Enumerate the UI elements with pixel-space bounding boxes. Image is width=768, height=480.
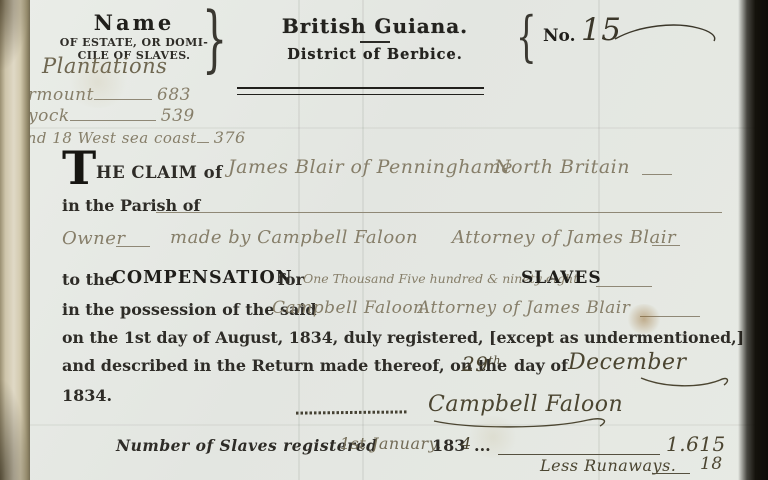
ink-flourish <box>614 22 722 46</box>
ink-rule <box>498 440 660 455</box>
comp-for: for <box>278 270 304 289</box>
estate-label-line2: OF ESTATE, OR DOMI- <box>58 36 210 49</box>
claimant-name: James Blair of Penninghame <box>228 156 513 178</box>
estate-label-title: Name <box>58 10 210 35</box>
ink-rule <box>70 120 156 121</box>
year-line: 1834. <box>62 386 112 405</box>
footer-label: Number of Slaves registered <box>116 436 378 455</box>
ink-dash <box>652 459 690 474</box>
footer-total: 1.615 <box>666 432 726 456</box>
plantation-name: 1 and 18 West sea coast <box>2 129 197 147</box>
document-scan: Name OF ESTATE, OR DOMI- CILE OF SLAVES.… <box>0 0 768 480</box>
ink-dash <box>596 272 652 287</box>
ink-dash <box>640 302 700 317</box>
colony-district: District of Berbice. <box>262 46 488 63</box>
footer-dots: ... <box>474 436 491 455</box>
claim-no-label: No. <box>543 26 576 46</box>
parish-blank-rule <box>156 198 722 213</box>
return-day-number: 29 <box>462 352 488 376</box>
runaways-value: 18 <box>700 454 723 474</box>
comp-word: COMPENSATION <box>112 268 293 288</box>
plantation-count: 539 <box>161 106 195 126</box>
squiggle-divider <box>296 410 408 414</box>
colony-title: British Guiana. <box>262 14 488 38</box>
plantations-heading: Plantations <box>42 54 167 78</box>
footer-date-digit: 4 <box>461 434 472 453</box>
colony-divider <box>360 41 390 43</box>
claimant-origin: North Britain <box>494 156 630 178</box>
header-double-rule <box>237 87 484 95</box>
return-day-suffix: th <box>488 354 501 367</box>
paper-crease <box>0 424 768 426</box>
claim-no-brace: { <box>516 10 537 64</box>
ink-rule <box>197 142 209 143</box>
day-of-label: day of <box>514 356 568 375</box>
ink-dash <box>116 232 150 247</box>
ink-flourish <box>640 372 732 390</box>
made-by: made by Campbell Faloon <box>170 227 418 248</box>
plantation-row: 1 and 18 West sea coast 376 <box>2 128 246 147</box>
plantation-count: 683 <box>157 85 191 105</box>
claim-heading: HE CLAIM of <box>96 163 223 182</box>
ink-rule <box>94 99 152 100</box>
ink-dash <box>652 231 680 246</box>
registered-line: on the 1st day of August, 1834, duly reg… <box>62 328 744 347</box>
return-day: 29th <box>462 352 501 376</box>
book-page-edge <box>0 0 30 480</box>
estate-label-brace: } <box>202 2 227 74</box>
slaves-word: SLAVES <box>521 268 602 288</box>
comp-pre: to the <box>62 270 115 289</box>
attorney-of-claimant: Attorney of James Blair <box>418 298 630 318</box>
attorney-of-claimant: Attorney of James Blair <box>452 227 676 248</box>
scan-border <box>738 0 768 480</box>
return-line: and described in the Return made thereof… <box>62 356 507 375</box>
plantation-count: 376 <box>214 128 246 147</box>
footer-date-written: 1st January, <box>340 434 442 453</box>
plantation-row: Ithyock 539 <box>2 106 195 126</box>
ink-dash <box>642 160 672 175</box>
signature: Campbell Faloon <box>428 392 623 417</box>
possessor-name: Campbell Faloon <box>272 298 425 318</box>
signature-underline-flourish <box>430 415 620 431</box>
claim-dropcap: T <box>62 148 96 188</box>
